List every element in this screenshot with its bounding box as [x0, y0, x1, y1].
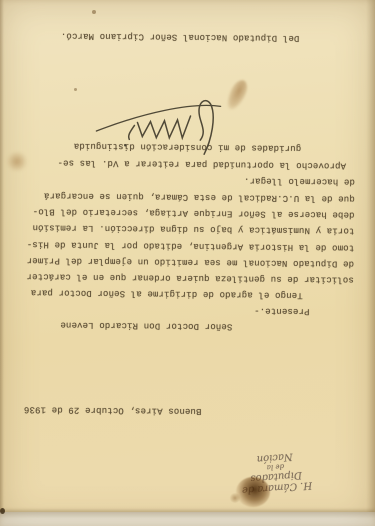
recipient-presente-line: Presente.- — [254, 306, 310, 317]
ink-stain — [6, 152, 28, 171]
body-line: debe hacerse al Señor Enrique Artiaga, s… — [33, 206, 355, 219]
body-line: de Diputado Nacional me sea remitido un … — [26, 255, 354, 268]
scan-edge-left — [0, 0, 4, 526]
scan-edge-right — [366, 0, 375, 526]
scanned-letter-page: H. Cámara de Diputados de la Nación Buen… — [0, 0, 375, 526]
ink-stain — [236, 477, 270, 507]
scan-edge-bottom — [0, 512, 375, 526]
paper-speck — [74, 88, 77, 91]
signature-underline-sweep — [96, 104, 220, 132]
date-line: Buenos Aires, Octubre 29 de 1936 — [24, 404, 202, 416]
signature-initial-stroke — [199, 101, 214, 155]
sender-line: Del Diputado Nacional Señor Cipriano Mar… — [61, 31, 300, 43]
letterhead: H. Cámara de Diputados de la Nación — [215, 447, 336, 497]
signature-dot — [124, 144, 126, 146]
body-line: tomo de la Historia Argentina, editado p… — [27, 239, 355, 252]
ink-stain — [229, 493, 241, 503]
recipient-name-line: Señor Doctor Don Ricardo Levene — [60, 320, 232, 332]
letter-content: H. Cámara de Diputados de la Nación Buen… — [0, 0, 375, 526]
body-line: solicitar de su gentileza quiera ordenar… — [26, 271, 354, 284]
body-line: que de la U.C.Radical de esta Cámara, qu… — [44, 190, 355, 203]
signature-handwritten — [91, 93, 227, 160]
paper-speck — [92, 10, 96, 14]
signature-zigzag-stroke — [137, 115, 190, 138]
body-line: toria y Numismática y bajo su digna dire… — [32, 222, 354, 235]
body-line: Tengo el agrado de dirigirme al Señor Do… — [31, 287, 303, 300]
body-line: de hacermelo llegar. — [244, 176, 355, 187]
signature-tail-stroke — [129, 125, 135, 139]
scan-edge-dot — [0, 508, 5, 514]
